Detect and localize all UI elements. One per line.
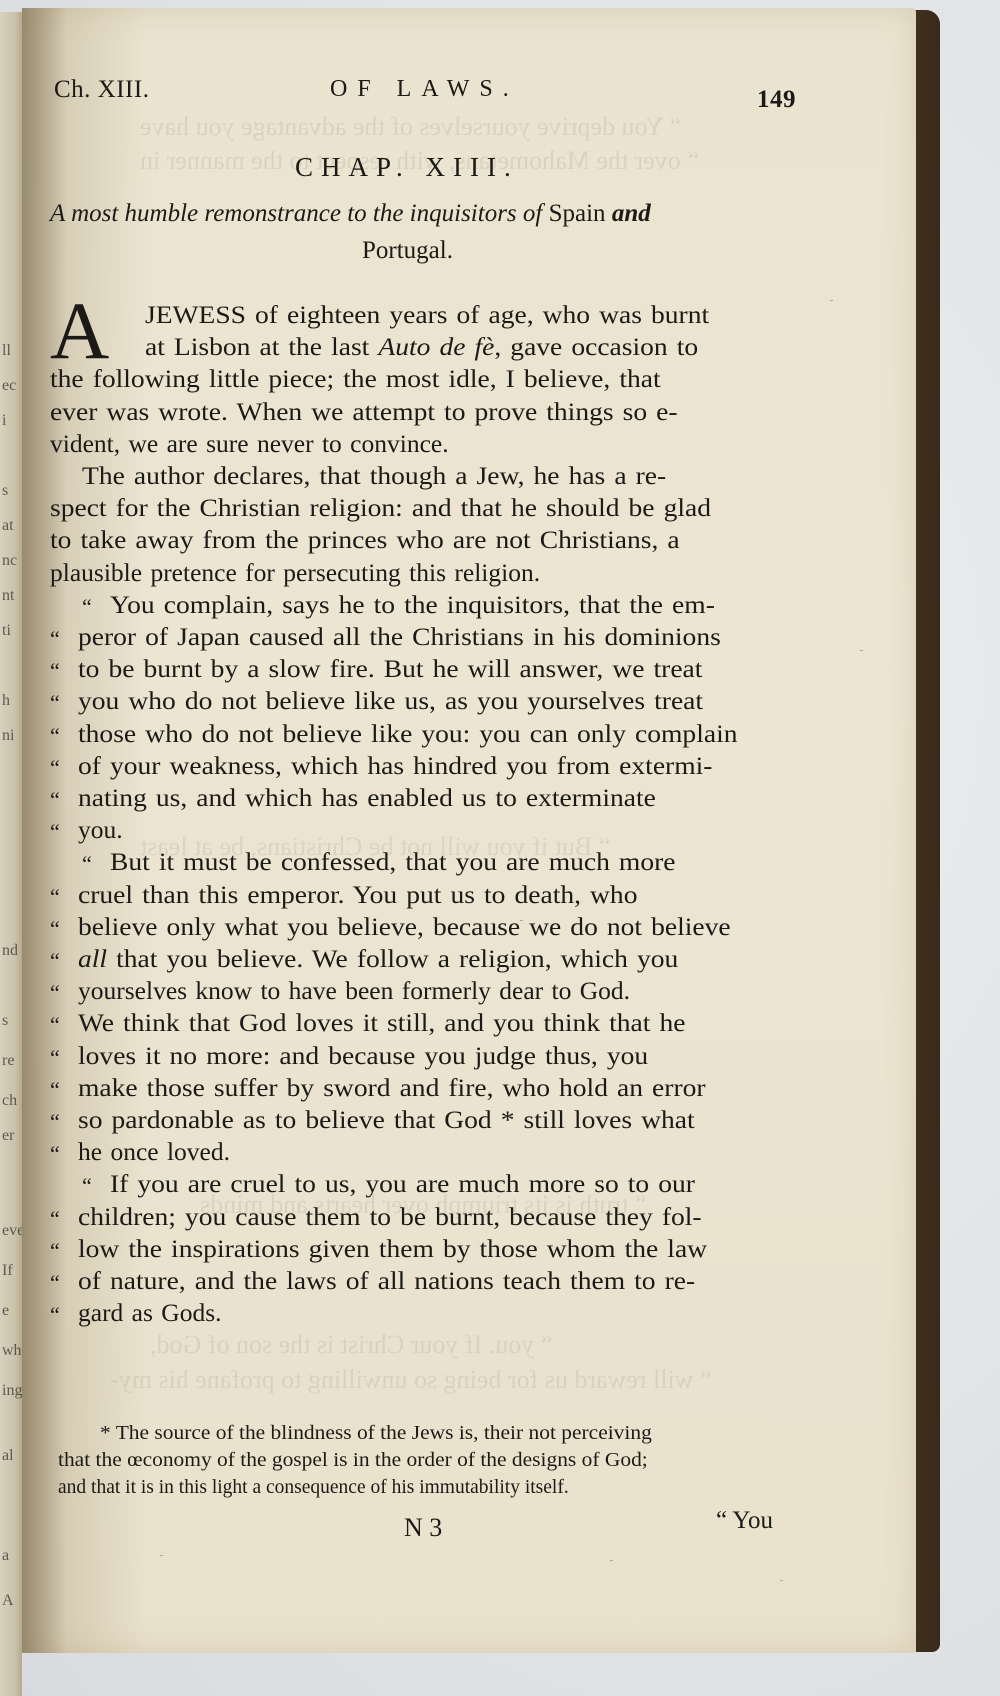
quote-mark: “ <box>82 594 92 620</box>
chapter-subtitle: A most humble remonstrance to the inquis… <box>50 200 651 228</box>
quote-mark: “ <box>82 1173 92 1199</box>
body-line: low the inspirations given them by those… <box>78 1236 707 1262</box>
body-line: children; you cause them to be burnt, be… <box>78 1204 702 1230</box>
quote-mark: “ <box>50 1238 60 1264</box>
quote-mark: “ <box>50 755 60 781</box>
body-line: spect for the Christian religion: and th… <box>50 495 711 521</box>
quote-mark: “ <box>50 819 60 845</box>
body-line: he once loved. <box>78 1139 230 1165</box>
body-line: peror of Japan caused all the Christians… <box>78 624 721 650</box>
quote-mark: “ <box>50 1206 60 1232</box>
footnote-line: * The source of the blindness of the Jew… <box>100 1423 652 1445</box>
quote-mark: “ <box>50 658 60 684</box>
body-line: you. <box>78 817 123 843</box>
body-line: You complain, says he to the inquisitors… <box>110 592 715 618</box>
quote-mark: “ <box>50 723 60 749</box>
body-line: so pardonable as to believe that God * s… <box>78 1107 695 1133</box>
chapter-heading: CHAP. XIII. <box>295 152 519 183</box>
gutter-shadow <box>22 8 67 1653</box>
body-line: We think that God loves it still, and yo… <box>78 1010 685 1036</box>
body-line: But it must be confessed, that you are m… <box>110 849 676 875</box>
quote-mark: “ <box>50 787 60 813</box>
body-line: of your weakness, which has hindred you … <box>78 753 712 779</box>
quote-mark: “ <box>50 1077 60 1103</box>
footnote-line: and that it is in this light a consequen… <box>58 1477 569 1499</box>
quote-mark: “ <box>50 1109 60 1135</box>
body-line: believe only what you believe, because w… <box>78 914 731 940</box>
drop-cap: A <box>50 290 109 372</box>
body-line: If you are cruel to us, you are much mor… <box>110 1171 695 1197</box>
show-through-text: “ you. If your Christ is the son of God, <box>150 1330 552 1360</box>
body-line: to be burnt by a slow fire. But he will … <box>78 656 702 682</box>
book-page <box>22 8 916 1653</box>
body-line: vident, we are sure never to convince. <box>50 431 449 457</box>
body-line: all that you believe. We follow a religi… <box>78 946 678 972</box>
running-head-chapter: Ch. XIII. <box>54 76 149 104</box>
quote-mark: “ <box>50 1012 60 1038</box>
body-line: The author declares, that though a Jew, … <box>82 463 666 489</box>
body-line: those who do not believe like you: you c… <box>78 721 737 747</box>
quote-mark: “ <box>50 948 60 974</box>
quote-mark: “ <box>50 980 60 1006</box>
body-line: plausible pretence for persecuting this … <box>50 560 540 586</box>
subtitle-spain: Spain <box>549 200 606 227</box>
running-head-title: OF LAWS. <box>330 76 519 103</box>
chapter-subtitle-line-2: Portugal. <box>362 237 453 265</box>
body-line: cruel than this emperor. You put us to d… <box>78 882 637 908</box>
body-line: nating us, and which has enabled us to e… <box>78 785 656 811</box>
body-line: make those suffer by sword and fire, who… <box>78 1075 706 1101</box>
body-line: of nature, and the laws of all nations t… <box>78 1268 695 1294</box>
quote-mark: “ <box>50 1302 60 1328</box>
signature-mark: N 3 <box>404 1513 442 1543</box>
catchword: “ You <box>716 1507 773 1535</box>
quote-mark: “ <box>82 851 92 877</box>
body-line: the following little piece; the most idl… <box>50 366 661 392</box>
body-line: to take away from the princes who are no… <box>50 527 680 553</box>
body-line: loves it no more: and because you judge … <box>78 1043 648 1069</box>
body-line: ever was wrote. When we attempt to prove… <box>50 399 678 425</box>
quote-mark: “ <box>50 1045 60 1071</box>
body-line: you who do not believe like us, as you y… <box>78 688 703 714</box>
quote-mark: “ <box>50 884 60 910</box>
page-number: 149 <box>757 86 796 114</box>
show-through-text: “ will reward us for being so unwilling … <box>110 1365 712 1395</box>
body-line: at Lisbon at the last Auto de fè, gave o… <box>145 334 698 360</box>
subtitle-and: and <box>612 200 651 227</box>
body-line: yourselves know to have been formerly de… <box>78 978 630 1004</box>
quote-mark: “ <box>50 690 60 716</box>
body-line: JEWESS of eighteen years of age, who was… <box>145 302 709 328</box>
body-line: gard as Gods. <box>78 1300 222 1326</box>
quote-mark: “ <box>50 916 60 942</box>
subtitle-italic: A most humble remonstrance to the inquis… <box>50 200 542 227</box>
quote-mark: “ <box>50 1270 60 1296</box>
footnote-line: that the œconomy of the gospel is in the… <box>58 1450 648 1472</box>
quote-mark: “ <box>50 1141 60 1167</box>
quote-mark: “ <box>50 626 60 652</box>
previous-page-edge: ll ec i s at nc nt ti h ni nd s re ch er… <box>0 12 22 1696</box>
show-through-text: “ You deprive yourselves of the advantag… <box>140 112 681 142</box>
